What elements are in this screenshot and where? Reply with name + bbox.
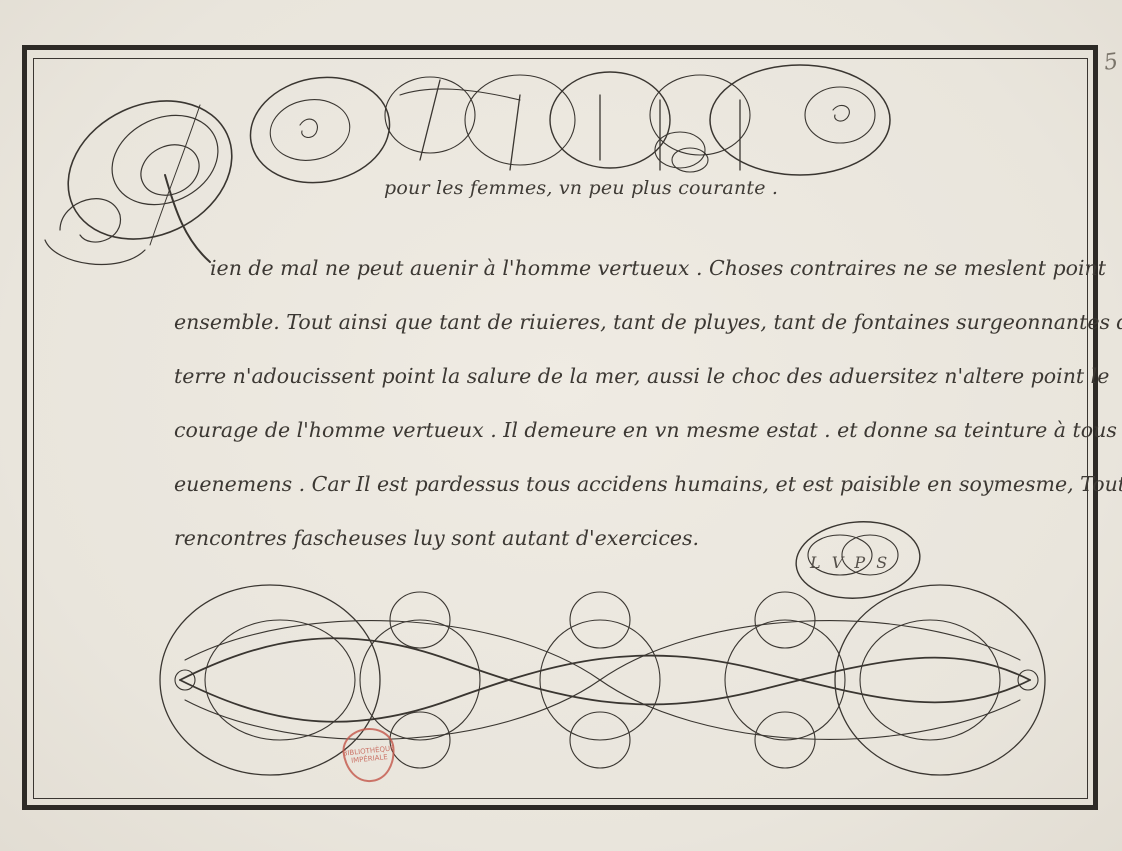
body-line: courage de l'homme vertueux . Il demeure… <box>174 403 1034 457</box>
bottom-flourish-band <box>160 585 1045 775</box>
body-line: terre n'adoucissent point la salure de l… <box>174 349 1034 403</box>
body-line: ien de mal ne peut auenir à l'homme vert… <box>174 241 1034 295</box>
title-flourish <box>242 65 890 193</box>
body-line: rencontres fascheuses luy sont autant d'… <box>174 511 1034 565</box>
body-text: ien de mal ne peut auenir à l'homme vert… <box>174 241 1034 565</box>
engraving-plate: 5 <box>0 0 1122 851</box>
body-line: ensemble. Tout ainsi que tant de riuiere… <box>174 295 1034 349</box>
initial-r-flourish <box>45 75 255 265</box>
subtitle: pour les femmes, vn peu plus courante . <box>384 177 778 199</box>
body-line: euenemens . Car Il est pardessus tous ac… <box>174 457 1034 511</box>
signature-monogram: L V P S <box>810 553 890 572</box>
